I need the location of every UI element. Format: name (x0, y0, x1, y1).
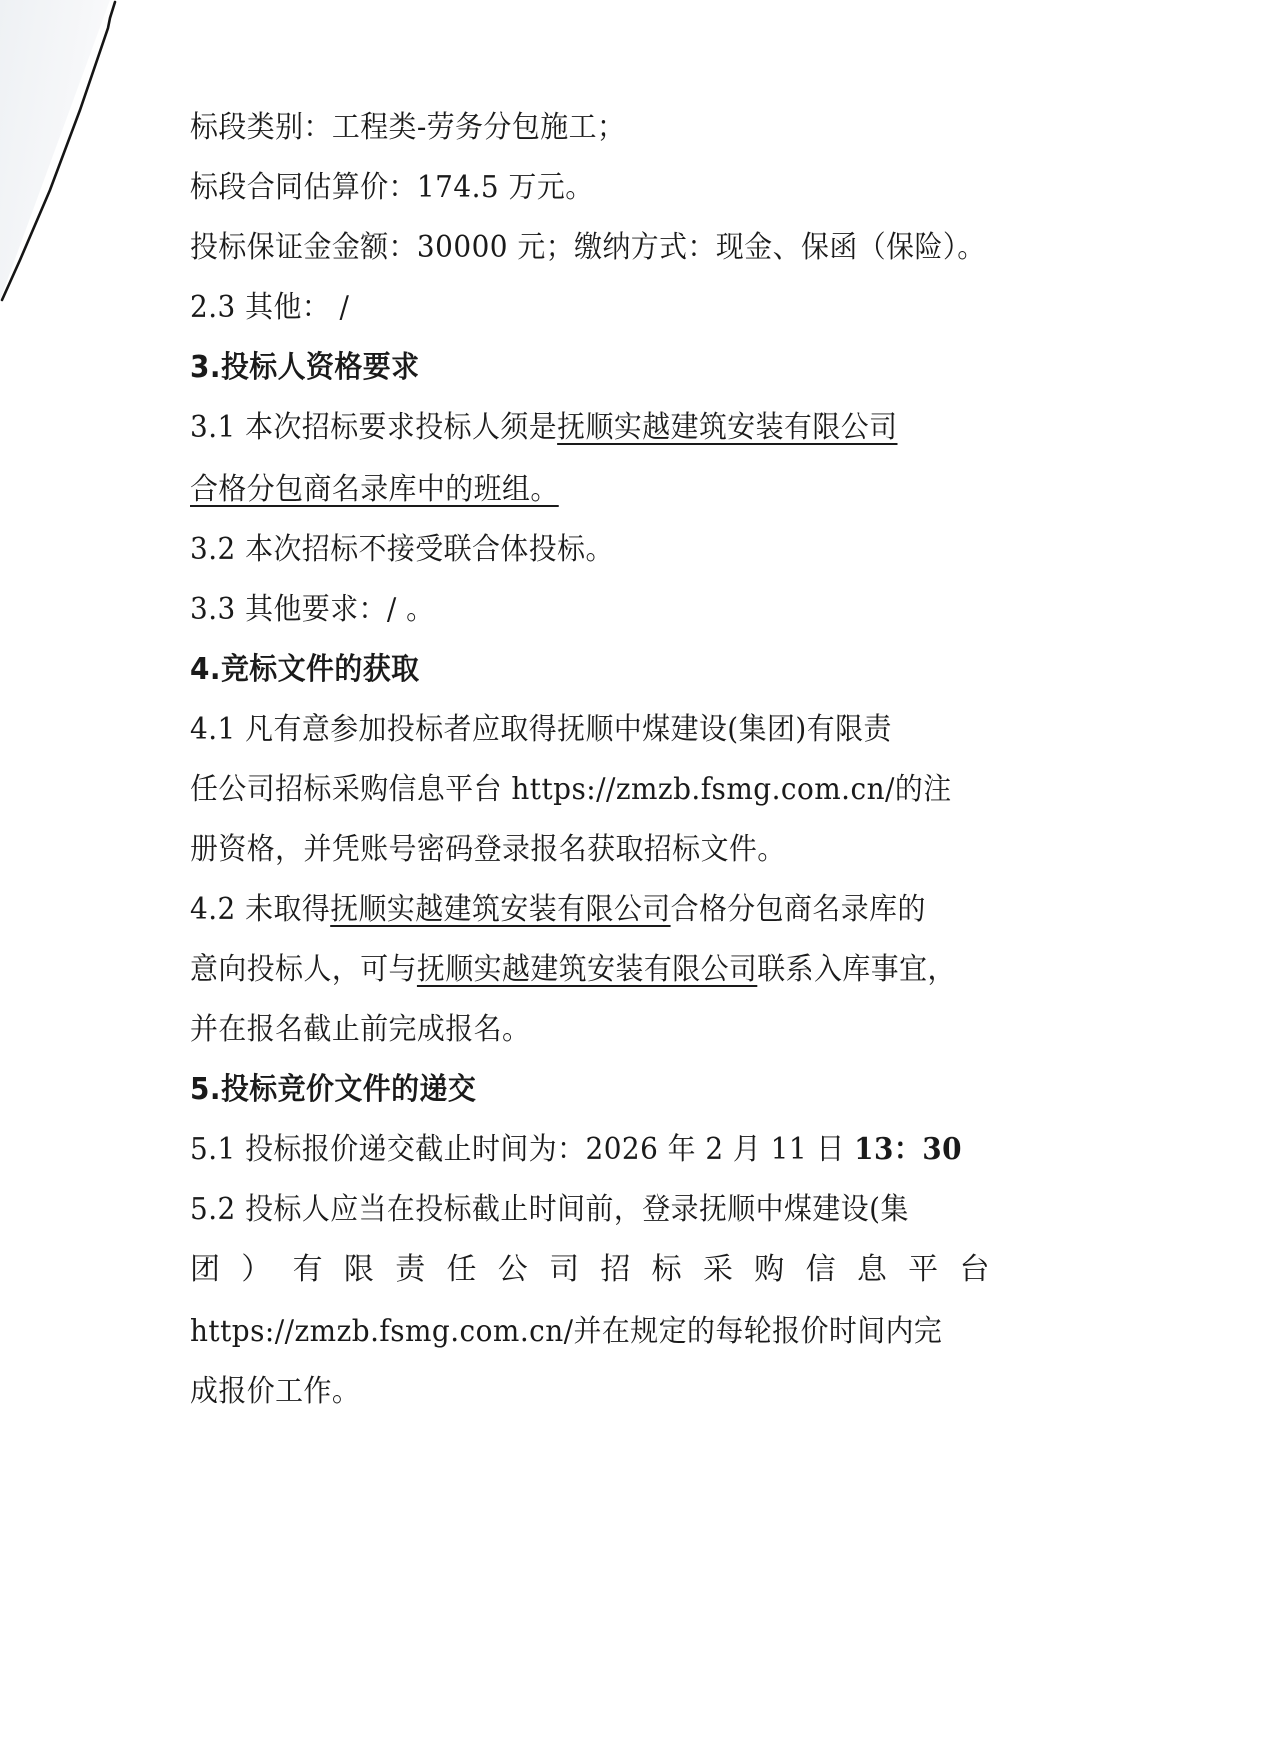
justified-char: 司 (549, 1250, 580, 1290)
item-4-1-line-3: 册资格，并凭账号密码登录报名获取招标文件。 (190, 830, 786, 870)
item-5-2-line-2-justified: 团 ） 有 限 责 任 公 司 招 标 采 购 信 息 平 台 (190, 1250, 990, 1290)
section-3-heading: 3.投标人资格要求 (190, 348, 420, 388)
justified-char: 购 (754, 1250, 785, 1290)
item-5-1-deadline-text: 5.1 投标报价递交截止时间为：2026 年 2 月 11 日 (190, 1132, 854, 1167)
item-4-2-company-underlined-1: 抚顺实越建筑安装有限公司 (330, 892, 670, 927)
bid-bond-payment: 元；缴纳方式：现金、保函（保险）。 (517, 230, 985, 265)
contract-estimate-label: 标段合同估算价： (190, 170, 417, 205)
justified-char: 标 (652, 1250, 683, 1290)
item-3-3-line: 3.3 其他要求：/ 。 (190, 590, 434, 630)
platform-url-link-2[interactable]: https://zmzb.fsmg.com.cn/ (190, 1314, 574, 1349)
contract-estimate-line: 标段合同估算价：174.5 万元。 (190, 168, 594, 208)
bid-bond-value: 30000 (417, 230, 508, 265)
bid-bond-label: 投标保证金金额： (190, 230, 417, 265)
item-3-1-line-1: 3.1 本次招标要求投标人须是抚顺实越建筑安装有限公司 (190, 408, 897, 448)
justified-char: 招 (600, 1250, 631, 1290)
item-4-1-line-2: 任公司招标采购信息平台 https://zmzb.fsmg.com.cn/的注 (190, 770, 952, 810)
item-4-2-line-2: 意向投标人，可与抚顺实越建筑安装有限公司联系入库事宜， (190, 950, 956, 990)
item-5-2-line-1: 5.2 投标人应当在投标截止时间前，登录抚顺中煤建设(集 (190, 1190, 909, 1230)
item-5-1-deadline-time: 13：30 (854, 1132, 962, 1167)
section-category-line: 标段类别：工程类-劳务分包施工； (190, 108, 625, 148)
item-4-2-suffix: 合格分包商名录库的 (671, 892, 926, 927)
justified-char: ） (241, 1250, 272, 1290)
justified-char: 团 (190, 1250, 221, 1290)
item-3-1-company-underlined: 抚顺实越建筑安装有限公司 (557, 410, 897, 445)
item-4-2-line-1: 4.2 未取得抚顺实越建筑安装有限公司合格分包商名录库的 (190, 890, 926, 930)
platform-url-link[interactable]: https://zmzb.fsmg.com.cn/ (511, 772, 895, 807)
item-5-2-line3-suffix: 并在规定的每轮报价时间内完 (574, 1314, 943, 1349)
section-4-heading: 4.竞标文件的获取 (190, 650, 420, 690)
item-3-1-roster-underlined: 合格分包商名录库中的班组。 (190, 472, 559, 507)
contract-estimate-value: 174.5 (417, 170, 499, 205)
item-4-1-suffix: 的注 (895, 772, 952, 807)
item-3-1-prefix: 3.1 本次招标要求投标人须是 (190, 410, 557, 445)
justified-char: 有 (293, 1250, 324, 1290)
justified-char: 息 (857, 1250, 888, 1290)
item-4-2-line-3: 并在报名截止前完成报名。 (190, 1010, 530, 1050)
contract-estimate-unit: 万元。 (508, 170, 593, 205)
bid-bond-line: 投标保证金金额：30000 元；缴纳方式：现金、保函（保险）。 (190, 228, 986, 268)
item-4-2-company-underlined-2: 抚顺实越建筑安装有限公司 (417, 952, 757, 987)
justified-char: 台 (959, 1250, 990, 1290)
item-5-2-line-4: 成报价工作。 (190, 1372, 360, 1412)
section-5-heading: 5.投标竞价文件的递交 (190, 1070, 476, 1110)
justified-char: 信 (806, 1250, 837, 1290)
item-3-1-line-2: 合格分包商名录库中的班组。 (190, 470, 559, 510)
item-4-2-line2-suffix: 联系入库事宜， (757, 952, 956, 987)
justified-char: 公 (498, 1250, 529, 1290)
item-4-1-line-1: 4.1 凡有意参加投标者应取得抚顺中煤建设(集团)有限责 (190, 710, 892, 750)
item-4-2-prefix: 4.2 未取得 (190, 892, 330, 927)
page-edge-shadow (0, 0, 110, 300)
item-5-1-line: 5.1 投标报价递交截止时间为：2026 年 2 月 11 日 13：30 (190, 1130, 962, 1170)
item-5-2-line-3: https://zmzb.fsmg.com.cn/并在规定的每轮报价时间内完 (190, 1312, 942, 1352)
item-4-1-platform-text: 任公司招标采购信息平台 (190, 772, 511, 807)
justified-char: 任 (446, 1250, 477, 1290)
other-2-3-line: 2.3 其他： / (190, 288, 349, 328)
justified-char: 采 (703, 1250, 734, 1290)
justified-char: 平 (908, 1250, 939, 1290)
item-3-2-line: 3.2 本次招标不接受联合体投标。 (190, 530, 614, 570)
justified-char: 限 (344, 1250, 375, 1290)
item-4-2-line2-prefix: 意向投标人，可与 (190, 952, 417, 987)
justified-char: 责 (395, 1250, 426, 1290)
